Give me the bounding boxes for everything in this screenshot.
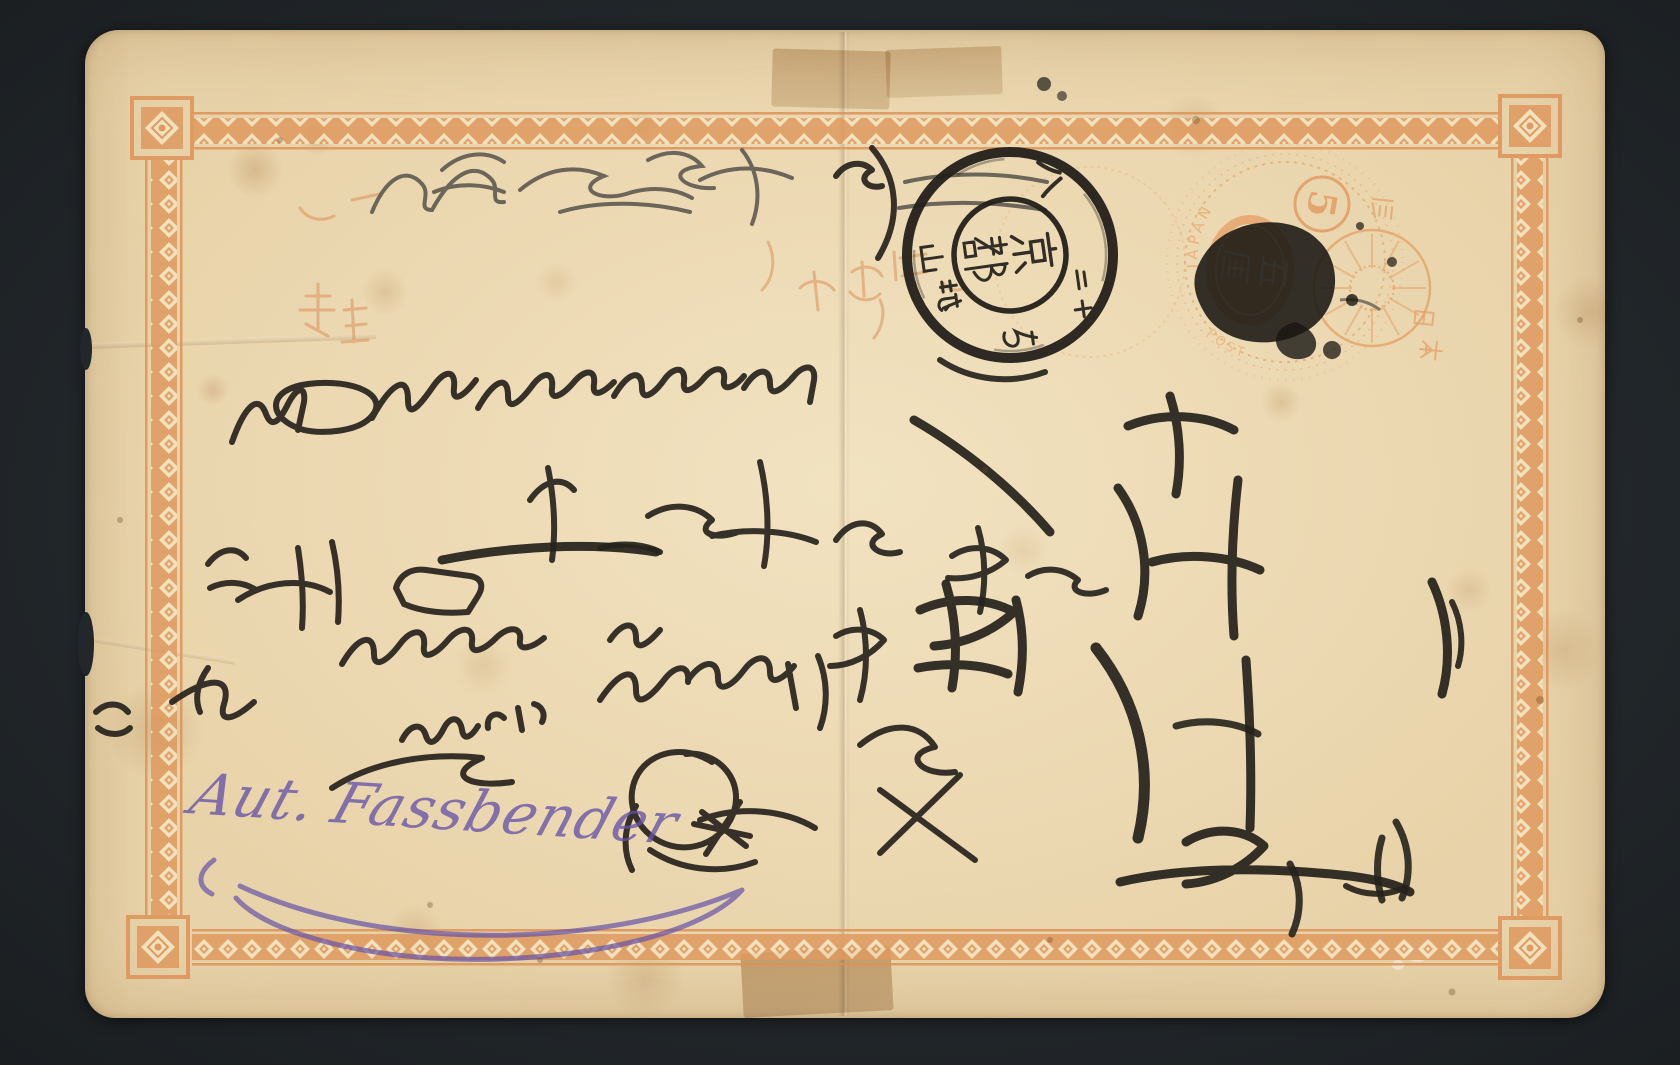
postmark-inner-kanji-strokes: [962, 228, 1059, 283]
frame-band-top: [192, 118, 1500, 144]
frame-line: [180, 158, 183, 918]
frame-corner-top-right: [1500, 96, 1560, 156]
frame-line: [192, 147, 1500, 150]
ink-splash: [1323, 341, 1341, 359]
frame-line: [145, 158, 148, 918]
stamp-denomination: 5: [1298, 187, 1347, 221]
frame-band-right: [1517, 156, 1543, 918]
frame-line: [1511, 156, 1514, 918]
frame-corner-top-left: [132, 98, 192, 158]
frame-corner-bottom-left: [128, 917, 188, 977]
ink-speck-top: [1057, 91, 1067, 101]
postmark: 京 都 山 城 八 ち 二 十: [885, 130, 1135, 380]
ink-speck-top: [1037, 77, 1051, 91]
frame-line: [192, 112, 1500, 115]
ink-splash: [1346, 294, 1358, 306]
frame-line: [1546, 156, 1549, 918]
brush-strokes-heavy: [1096, 648, 1144, 838]
postmark-inner-ring: [942, 187, 1078, 323]
postmark-ring-shadow: [894, 139, 1127, 372]
card-markings: 五 厘 5 JAPAN POST 便 日 本: [0, 0, 1680, 1065]
pencil-scribbles: [372, 150, 1047, 224]
printed-instruction-marks: [300, 194, 964, 342]
ink-splash: [1387, 257, 1397, 267]
ink-splash: [1356, 222, 1364, 230]
frame-band-left: [151, 158, 177, 918]
frame-corner-bottom-right: [1500, 918, 1560, 978]
frame-line: [192, 963, 1500, 966]
photo-background: 五 厘 5 JAPAN POST 便 日 本: [0, 0, 1680, 1065]
